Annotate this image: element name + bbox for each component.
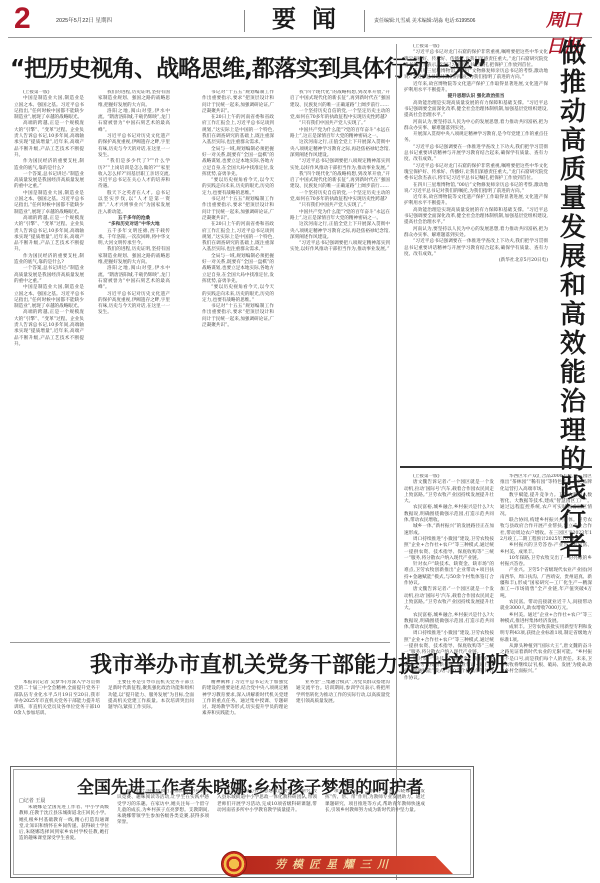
paragraph: 书记对“十五五”规划编制工作作出重要指示,要求“把顶层设计和问计于民统一起来,加… [202,304,274,329]
paragraph: 书记对“十五五”规划编制工作作出重要指示,要求“把顶层设计和问计于民统一起来,加… [202,197,274,222]
paragraph: “要以历史视角看今天,以今天的实践走向未来,历史的眼光,历史的定力,也要有战略的… [202,285,274,304]
paragraph: 习近平总书记对历史文化遗产的保护高度重视,伊阙遗存之畔,字里有味,历史与今天的对… [98,292,170,317]
paragraph: 在四川三星堆博物馆,“00后”文物修复师亲历总书记的考察,激动地说:“习近平总书… [404,69,548,82]
editor-credits: 责任编辑:凡雪威 美术编辑:胡淼 电话:6199506 [374,17,475,24]
paragraph: 农民富裕,城乡融合,乡村振兴是什么?大数据说,明确围绕做强示范园,打造示范共同体… [404,613,494,632]
paragraph: “要以历史视角看今天,以今天的实践走向未来,历史的眼光,历史的定力,也要有战略的… [202,178,274,197]
section-divider [400,466,592,468]
paragraph: 成果丰。卫劳农牧获批实用新型专利和发明专利43项,获批企业标准1项,制定省级地方… [500,625,592,644]
paragraph: 习近平总书记对历史文化遗产的保护高度重视,伊阙遗存之畔,字里有味,历史与今天的对… [98,134,170,159]
paragraph: 乡村美。通过“企业+合作社+农户”等三种模式,推进村集体经济发展。 [500,613,592,626]
training-column-4: 业务型“三集融合模式”,为党员群众搭建沟通交流平台。培训期间,参训学员表示,将把… [296,680,390,760]
paragraph: 在20日上午的河南省委和省政府工作汇报会上,习近平总书记谈到规划,“这实际上是中… [202,222,274,253]
paragraph: 数字赋能,提升竞争力。卫劳农牧引入数智化、大数据等技术,建成“智慧园区工厂”。通… [500,493,592,518]
paragraph: 主要任务是引导市直机关党务干部立足新时代新征程,聚焦强化政治功能和组织功能,以“… [108,680,194,711]
paragraph: “习近平总书记强调要把八项规定精神落实到实处,以好作风推动干部担当作为,推动事业… [290,159,390,172]
section-divider [10,642,390,643]
masthead-divider [244,10,245,32]
paragraph: 本报讯(记者 吴梦华)为深入学习贯彻党的二十届三中全会精神,全面提升党务干部队伍… [14,680,100,718]
paragraph: 我“四个现代化”的战略构想,到改革开放,“开启了中国式现代化的新长征”,再到新时… [290,172,390,191]
section-title-char-2: 闻 [312,6,336,32]
paragraph: 作为国民经济的重要支柱,制造业的底气,靠的是什么? [14,254,84,267]
paragraph: 我“四个现代化”的战略构想,到改革开放,“开启了中国式现代化的新长征”,再到新时… [290,90,390,109]
feature-column-3: 朱晓娜全身心投入思想政治教学改革研究,投入县乐城街道中小学思政一体化教科研团队,… [217,789,317,847]
paragraph: 业务型“三集融合模式”,为党员群众搭建沟通交流平台。培训期间,参训学员表示,将把… [296,680,390,705]
paragraph: 乡村振兴的卫劳答卷:产业兴、农民富、乡村美、成果丰。 [500,543,592,556]
paragraph: 一个坚持历史自信的党,一个坚定历史主动的党,如何在70多年的执政征程中实现历史性… [290,109,390,122]
lead-column-1: (上接第一版) 中国是制造业大国,制造业是立国之本、强国之基。习近平总书记指出,… [14,90,84,640]
paragraph: 书记对“十五五”规划编制工作作出重要指示,要求“把顶层设计和问计于民统一起来,加… [202,90,274,115]
paragraph: 河南认为,要坚持以人民为中心的发展思想,着力推动共同富裕,把为群众办实事、解难题… [404,120,548,133]
paragraph: 华西区年产双汇合品2000万瓶,这三园区推出“茶林园”“稀有园”等特色产品,通过… [500,474,592,493]
paragraph: 朱晓娜是全国先进工作者、中小学高级教师,任教于沈丘县乐城街道北庄回民小学。她扎根… [19,805,109,843]
paragraph: 联合协同,构建乡村振兴共同体。卫劳农牧与县政府合作开展产业帮扶,建立专业合作社,… [500,518,592,543]
paragraph: 高效能治理是实现高质量发展的有力保障和基础支撑。“习近平总书记强调要全面深化改革… [404,208,548,227]
paragraph: 这次河南之行,正值全党上下开展深入贯彻中央八项规定精神学习教育之际,再赴焦裕禄纪… [290,222,390,241]
paragraph: 洛阳之地,阅山对望,伊水中流。“隋唐洛阳城,千载仍辉映”,龙门石窟被誉为“中国石… [98,266,170,291]
paragraph: 开展深入贯彻中央八项规定精神学习教育,是今年党建工作的重点任务。 [404,132,548,145]
training-column-2: 主要任务是引导市直机关党务干部立足新时代新征程,聚焦强化政治功能和组织功能,以“… [108,680,194,760]
subheading: “多和历史对话”中华大地 [98,222,170,228]
paragraph: 一个答案,总书记讲过:“制造业高质量发展是我国经济高质量发展的重中之重。” [14,172,84,191]
paragraph: 全局与一域,规划编制必须把握好一对关系,既要有“全国一盘棋”的战略谋划,也要立足… [202,254,274,285]
column-divider [396,44,397,880]
union-emblem-icon [221,851,247,877]
paragraph: 作为国民经济的重要支柱,制造业的底气,靠的是什么? [14,159,84,172]
paragraph: 在四川三星堆博物馆,“00后”文物修复师亲历总书记的考察,激动地说:“习近平总书… [404,183,548,196]
agri-article-column-2: 华西区年产双汇合品2000万瓶,这三园区推出“茶林园”“稀有园”等特色产品,通过… [500,474,592,878]
paragraph: 产业兴。卫劳5个省级现代农业产业园(河南西华、周口扶沟、广西靖安、贵州道真、新疆… [500,568,592,599]
paragraph: 从源头种植到“国际大王”,唐文魏的奋斗之路见证着新时代农业的无限可能。“乡村振兴… [500,644,592,675]
paragraph: “习近平总书记强调要在一体推进学查改上下功夫,我们把学习贯彻总书记重要讲话精神与… [404,145,548,164]
paragraph: 在20日上午的河南省委和省政府工作汇报会上,习近平总书记谈到规划,“这实际上是中… [202,115,274,146]
training-column-3: 精神阐释了习近平总书记关于加强党的建设的重要论述,结合党中央八项规定精神学习教育… [202,680,288,760]
paragraph: 殷天下之英者在人才。总书记以坚实步伐,以“人才是第一资源”,“人才兴则事业兴”为… [98,191,170,216]
lead-column-3: 书记对“十五五”规划编制工作作出重要指示,要求“把顶层设计和问计于民统一起来,加… [202,90,274,640]
paragraph: 高效能治理是实现高质量发展的有力保障和基础支撑。“习近平总书记强调要全面深化改革… [404,101,548,120]
page-number: 2 [14,4,31,34]
paragraph: “我们是多少代了?”“什么学历?”“上岗培训是怎么做的?”“家里收入怎么样?”同… [98,159,170,190]
paragraph: 唐文魏告诉记者:“一个园区就是一个发动机,拉动‘国际号’汽车,载着合作园农民同走… [404,480,494,505]
lead-column-2: 我们的进程,历史证明,坚持有国家制造业规划、强国之路的战略思维,把握好发展的大方… [98,90,170,640]
paragraph: 中国是制造业大国,制造业是立国之本、强国之基。习近平总书记指出,“任何时候中国都… [14,285,84,310]
paragraph: 农民富。带动直接就业近千人,间接带动就业3000人,助农增收7000万元。 [500,600,592,613]
feature-column-4: 项目优秀成果二等奖。此外,朱晓娜积极发挥“传、帮、带”作用,为教师专业发展助力。… [325,789,425,847]
paragraph: 中国共产党为什么能“?党的百年奋斗“永远在路上”,这正是深情百年大党的精神密码之… [290,128,390,141]
paragraph: 10年探路,卫劳农牧交出了一份亮眼的乡村振兴答卷。 [500,556,592,569]
paragraph: 五千多年文明连绵,西千载传承。千年洛阳,一次次回眸,将中华文明,大河文明传承至今… [98,229,170,248]
paragraph: 中国是制造业大国,制造业是立国之本、强国之基。习近平总书记指出,“任何时候中国都… [14,191,84,216]
paragraph: “习近平总书记对龙门石窟的保护非常重视,嘱咐要把这些中华文化瑰宝保护好、传承好、… [404,50,548,69]
lead-column-5: (上接第一版) “习近平总书记对龙门石窟的保护非常重视,嘱咐要把这些中华文化瑰宝… [404,44,548,460]
paragraph: “习近平总书记强调要把八项规定精神落实到实处,以好作风推动干部担当作为,推动事业… [290,241,390,254]
paragraph: 高端的跨越,正是一个规模庞大的“引擎”、“变革”过程。企业负责人告诉总书记,10… [14,310,84,348]
paragraph: 城乡一体,“新村振兴”的发展路径正在加速形成。 [404,524,494,537]
paragraph: 周口持续推进“小微园”建设,卫劳农牧按照“企业+合作社+农户”等三种模式,通过统… [404,537,494,562]
lead-column-4: 我“四个现代化”的战略构想,到改革开放,“开启了中国式现代化的新长征”,再到新时… [290,90,390,640]
paragraph: 我们的进程,历史证明,坚持有国家制造业规划、强国之路的战略思维,把握好发展的大方… [98,247,170,266]
byline: □记者 王晨 [19,797,45,804]
column-banner: 劳模匠星耀三川 [235,856,453,874]
paragraph: 近年来,故宫博物院等文化遗产保护工作取得显著进展,文化遗产保护利用水平不断提升。 [404,82,548,95]
feature-column-1: 朱晓娜是全国先进工作者、中小学高级教师,任教于沈丘县乐城街道北庄回民小学。她扎根… [19,805,109,875]
masthead: 2 2025年5月22日 星期四 要 闻 责任编辑:凡雪威 美术编辑:胡淼 电话… [8,0,592,38]
paragraph: 高端的跨越,正是一个规模庞大的“引擎”、“变革”过程。企业负责人告诉总书记,10… [14,216,84,254]
paragraph: 洛阳之地,阅山对望,伊水中流。“隋唐洛阳城,千载仍辉映”,龙门石窟被誉为“中国石… [98,109,170,134]
paragraph: 唐文魏告诉记者:“一个园区就是一个发动机,拉动‘国际号’汽车,载着合作园农民同走… [404,587,494,612]
publication-date: 2025年5月22日 星期四 [56,16,112,24]
paragraph: 农民富裕,城乡融合,乡村振兴是什么?大数据说,明确围绕做强示范园,打造示范共同体… [404,505,494,524]
paragraph: 一个坚持历史自信的党,一个坚定历史主动的党,如何在70多年的执政征程中实现历史性… [290,191,390,204]
paragraph: 高端的跨越,正是一个规模庞大的“引擎”、“变革”过程。企业负责人告诉总书记,10… [14,121,84,159]
dateline: (新华社北京5月20日电) [404,258,548,264]
training-column-1: 本报讯(记者 吴梦华)为深入学习贯彻党的二十届三中全会精神,全面提升党务干部队伍… [14,680,100,760]
paragraph: “习近平总书记对龙门石窟的保护非常重视,嘱咐要把这些中华文化瑰宝保护好、传承好、… [404,164,548,183]
training-headline: 我市举办市直机关党务干部能力提升培训班 [90,648,508,679]
paragraph: 一个答案,总书记讲过:“制造业高质量发展是我国经济高质量发展的重中之重。” [14,266,84,285]
paragraph: 中国共产党为什么能“?党的百年奋斗“永远在路上”,这正是深情百年大党的精神密码之… [290,210,390,223]
paragraph: 全局与一域,规划编制必须把握好一对关系,既要有“全国一盘棋”的战略谋划,也要立足… [202,147,274,178]
masthead-divider [364,10,365,32]
feature-article-box: 全国先进工作者朱晓娜:乡村孩子梦想的呵护者 □记者 王晨 朱晓娜是全国先进工作者… [10,766,474,878]
feature-column-2: 准思宏合,国家级项目,的涌讲活动开展知识竞赛、趣味阅读等活动,让学生在实践中感受… [117,789,209,875]
paragraph: 针对农户“缺技术、缺资金、缺市场”的难点,卫劳农牧创新推出“企业带动+项目扶持+… [404,562,494,587]
paragraph: 朱晓娜全身心投入思想政治教学改革研究,投入县乐城街道中小学思政一体化教科研团队,… [217,789,317,814]
paragraph: 项目优秀成果二等奖。此外,朱晓娜积极发挥“传、帮、带”作用,为教师专业发展助力。… [325,789,425,814]
paragraph: 准思宏合,国家级项目,的涌讲活动开展知识竞赛、趣味阅读等活动,让学生在实践中感受… [117,789,209,827]
paragraph: 我们的进程,历史证明,坚持有国家制造业规划、强国之路的战略思维,把握好发展的大方… [98,90,170,109]
paragraph: 中国是制造业大国,制造业是立国之本、强国之基。习近平总书记指出,“任何时候中国都… [14,96,84,121]
paragraph: “习近平总书记强调要在一体推进学查改上下功夫,我们把学习贯彻总书记重要讲话精神与… [404,239,548,258]
paragraph: 这次河南之行,正值全党上下开展深入贯彻中央八项规定精神学习教育之际,再赴焦裕禄纪… [290,140,390,159]
paragraph: 精神阐释了习近平总书记关于加强党的建设的重要论述,结合党中央八项规定精神学习教育… [202,680,288,718]
paragraph: 河南认为,要坚持以人民为中心的发展思想,着力推动共同富裕,把为群众办实事、解难题… [404,227,548,240]
paragraph: 近年来,故宫博物院等文化遗产保护工作取得显著进展,文化遗产保护利用水平不断提升。 [404,195,548,208]
section-title-char-1: 要 [272,6,296,32]
